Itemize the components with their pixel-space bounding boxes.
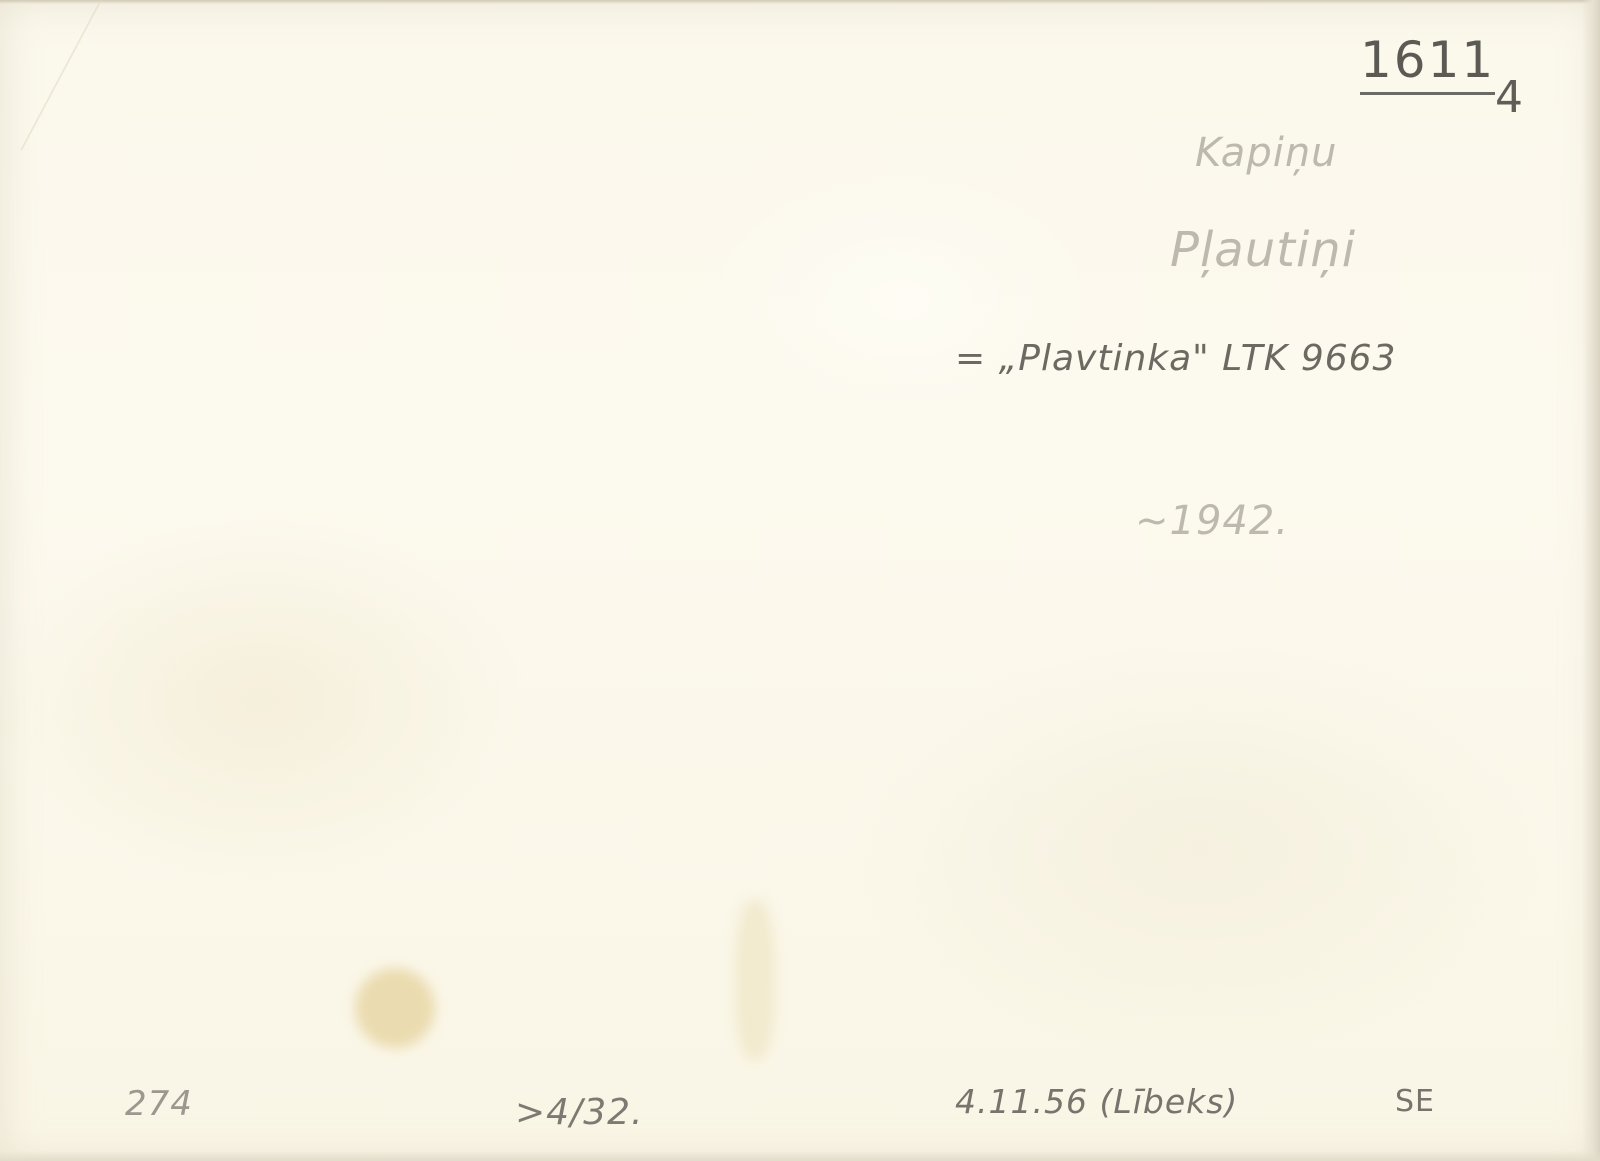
title-annotation: = „Plavtinka" LTK 9663 [955, 338, 1396, 379]
inventory-suffix: 4 [1495, 72, 1524, 123]
paper-right-edge [1582, 0, 1600, 1161]
bottom-date-source: 4.11.56 (Lībeks) [955, 1082, 1238, 1121]
photo-reverse-paper: 1611 4 Kapiņu Pļautiņi = „Plavtinka" LTK… [0, 0, 1600, 1161]
paper-top-edge [0, 0, 1600, 4]
bottom-left-number: 274 [125, 1084, 193, 1124]
location-line-1: Kapiņu [1195, 130, 1338, 176]
bottom-right-initials: SE [1395, 1084, 1435, 1119]
location-line-2: Pļautiņi [1170, 222, 1356, 278]
bottom-center-code: >4/32. [515, 1092, 643, 1133]
corner-crease [0, 0, 102, 150]
stain-streak [735, 900, 775, 1060]
paper-bottom-edge [0, 1151, 1600, 1161]
stain-spot [355, 968, 435, 1048]
inventory-number: 1611 [1360, 28, 1495, 95]
year-annotation: ~1942. [1135, 498, 1289, 544]
